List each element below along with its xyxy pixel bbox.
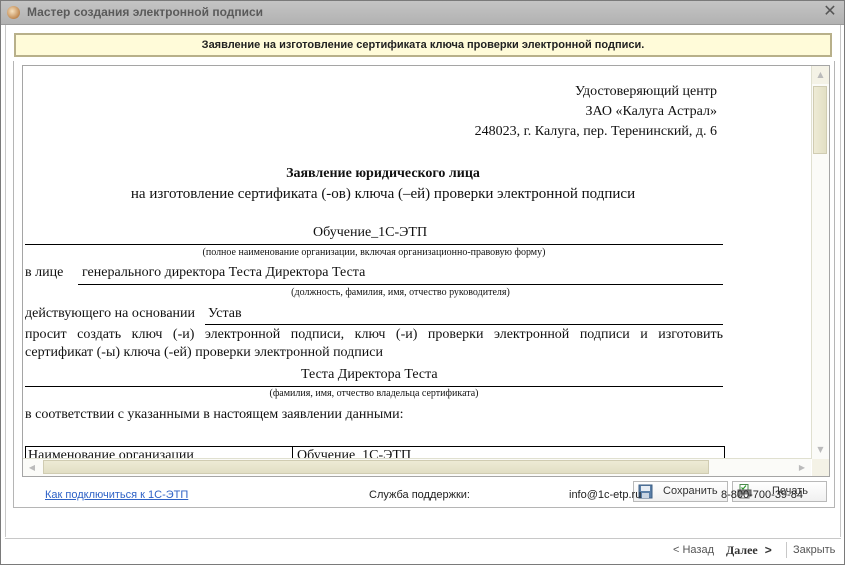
document-subheading: на изготовление сертификата (-ов) ключа … bbox=[23, 186, 777, 203]
basis-value: Устав bbox=[208, 306, 242, 322]
scroll-left-icon[interactable]: ◀ bbox=[23, 459, 41, 476]
window-title: Мастер создания электронной подписи bbox=[27, 5, 263, 19]
horizontal-scrollbar[interactable]: ◀ ▶ bbox=[23, 458, 811, 476]
request-line-1: просит создать ключ (-и) электронной под… bbox=[25, 327, 723, 343]
scroll-corner bbox=[812, 459, 829, 476]
bottom-divider bbox=[5, 538, 841, 539]
owner-value: Теста Директора Теста bbox=[301, 367, 438, 383]
organization-value: Обучение_1С-ЭТП bbox=[313, 225, 427, 241]
recipient-line-2: ЗАО «Калуга Астрал» bbox=[585, 102, 717, 122]
wizard-window: Мастер создания электронной подписи ✕ За… bbox=[0, 0, 845, 565]
next-button[interactable]: Далее > bbox=[726, 543, 772, 558]
recipient-line-3: 248023, г. Калуга, пер. Теренинский, д. … bbox=[475, 122, 717, 142]
title-bar: Мастер создания электронной подписи ✕ bbox=[1, 1, 844, 25]
next-button-label: Далее bbox=[726, 543, 758, 557]
represented-by-value: генерального директора Теста Директора Т… bbox=[82, 265, 365, 281]
close-button[interactable]: Закрыть bbox=[793, 544, 835, 556]
represented-by-label: в лице bbox=[25, 265, 63, 281]
owner-underline bbox=[25, 386, 723, 387]
document-panel: Удостоверяющий центр ЗАО «Калуга Астрал»… bbox=[13, 61, 835, 508]
request-line-2: сертификат (-ы) ключа (-ей) проверки эле… bbox=[25, 345, 383, 361]
app-icon bbox=[7, 6, 20, 19]
represented-by-caption: (должность, фамилия, имя, отчество руков… bbox=[78, 287, 723, 298]
support-phone: 8-800-700-39-84 bbox=[721, 489, 803, 501]
step-banner: Заявление на изготовление сертификата кл… bbox=[14, 33, 832, 57]
next-arrow-icon: > bbox=[765, 543, 772, 557]
vertical-scrollbar[interactable]: ▲ ▼ bbox=[811, 66, 829, 459]
represented-by-underline bbox=[78, 284, 723, 285]
support-label: Служба поддержки: bbox=[369, 489, 470, 501]
organization-caption: (полное наименование организации, включа… bbox=[25, 247, 723, 258]
organization-underline bbox=[25, 244, 723, 245]
owner-caption: (фамилия, имя, отчество владельца сертиф… bbox=[25, 388, 723, 399]
scroll-down-icon[interactable]: ▼ bbox=[812, 441, 829, 459]
save-button[interactable]: Сохранить bbox=[633, 481, 728, 502]
nav-separator bbox=[786, 542, 787, 558]
back-button[interactable]: < Назад bbox=[673, 544, 714, 556]
document-heading: Заявление юридического лица bbox=[23, 166, 777, 182]
support-email: info@1c-etp.ru bbox=[569, 489, 641, 501]
recipient-line-1: Удостоверяющий центр bbox=[575, 82, 717, 102]
wizard-body: Заявление на изготовление сертификата кл… bbox=[5, 25, 841, 537]
document-content: Удостоверяющий центр ЗАО «Калуга Астрал»… bbox=[23, 66, 811, 459]
scroll-up-icon[interactable]: ▲ bbox=[812, 66, 829, 84]
according-text: в соответствии с указанными в настоящем … bbox=[25, 407, 403, 423]
horizontal-scroll-thumb[interactable] bbox=[43, 460, 709, 474]
vertical-scroll-thumb[interactable] bbox=[813, 86, 827, 154]
basis-label: действующего на основании bbox=[25, 306, 195, 322]
close-icon[interactable]: ✕ bbox=[822, 4, 838, 20]
help-link[interactable]: Как подключиться к 1С-ЭТП bbox=[45, 489, 188, 501]
scroll-right-icon[interactable]: ▶ bbox=[793, 459, 811, 476]
document-viewer: Удостоверяющий центр ЗАО «Калуга Астрал»… bbox=[22, 65, 830, 477]
basis-underline bbox=[205, 324, 723, 325]
save-button-label: Сохранить bbox=[663, 485, 718, 497]
